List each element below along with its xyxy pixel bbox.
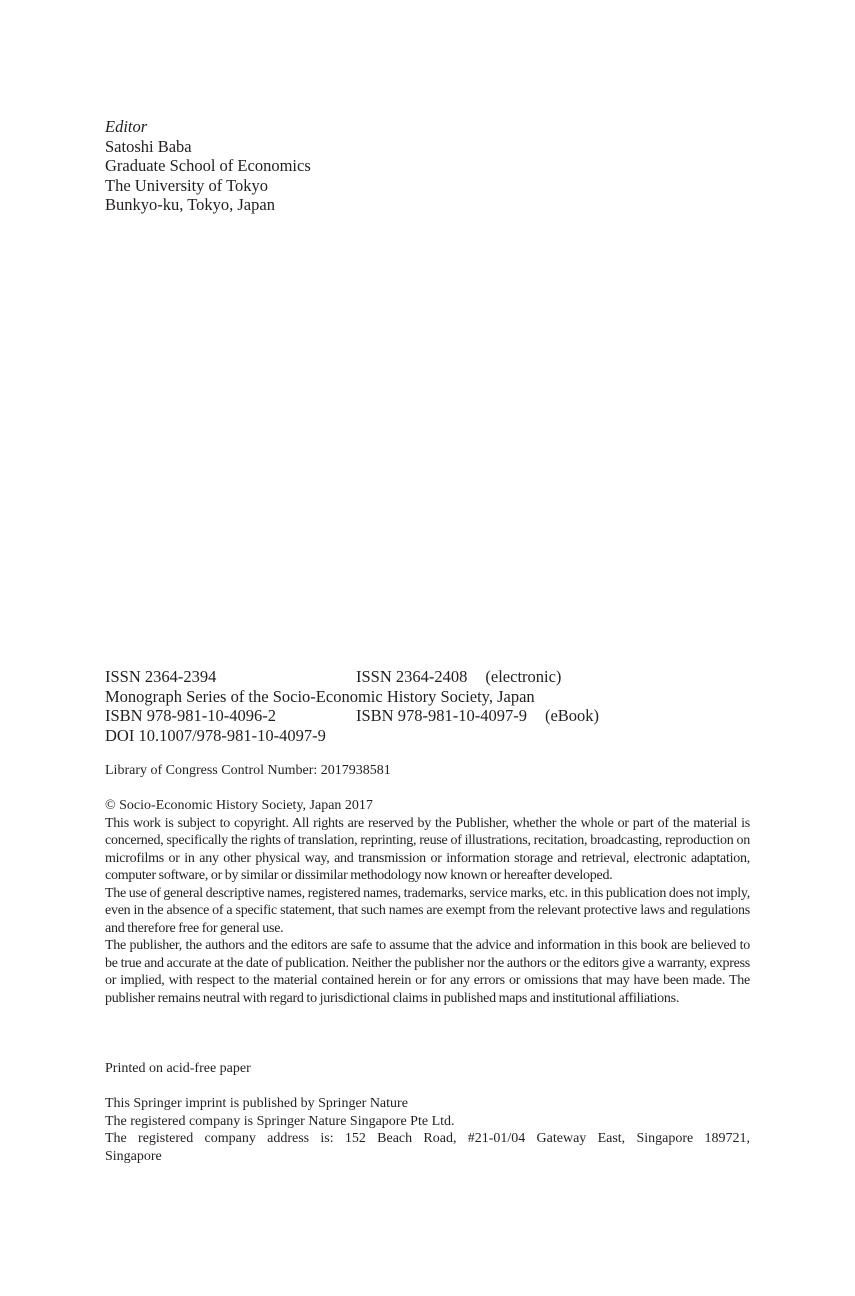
issn-electronic-note: (electronic) — [485, 667, 561, 686]
imprint-block: This Springer imprint is published by Sp… — [105, 1095, 750, 1165]
issn-electronic-group: ISSN 2364-2408(electronic) — [356, 667, 561, 687]
doi: DOI 10.1007/978-981-10-4097-9 — [105, 726, 535, 746]
series-title: Monograph Series of the Socio-Economic H… — [105, 687, 535, 707]
imprint-line: This Springer imprint is published by Sp… — [105, 1095, 750, 1113]
copyright-paragraph: The use of general descriptive names, re… — [105, 885, 750, 938]
editor-name: Satoshi Baba — [105, 137, 311, 157]
lccn: Library of Congress Control Number: 2017… — [105, 762, 391, 780]
issn-print: ISSN 2364-2394 — [105, 667, 216, 686]
issn-row: ISSN 2364-2394 ISSN 2364-2408(electronic… — [105, 667, 535, 687]
editor-label: Editor — [105, 117, 311, 137]
editor-affiliation-line: Bunkyo-ku, Tokyo, Japan — [105, 195, 311, 215]
copyright-notice: © Socio-Economic History Society, Japan … — [105, 797, 750, 815]
editor-block: Editor Satoshi Baba Graduate School of E… — [105, 117, 311, 215]
bibliographic-block: ISSN 2364-2394 ISSN 2364-2408(electronic… — [105, 667, 535, 745]
paper-note: Printed on acid-free paper — [105, 1060, 251, 1078]
imprint-address-country: Singapore — [105, 1148, 750, 1166]
isbn-ebook-note: (eBook) — [545, 706, 599, 725]
imprint-line: The registered company is Springer Natur… — [105, 1113, 750, 1131]
editor-affiliation-line: The University of Tokyo — [105, 176, 311, 196]
issn-electronic: ISSN 2364-2408 — [356, 667, 467, 686]
isbn-row: ISBN 978-981-10-4096-2 ISBN 978-981-10-4… — [105, 706, 535, 726]
isbn-print: ISBN 978-981-10-4096-2 — [105, 706, 276, 725]
isbn-ebook-group: ISBN 978-981-10-4097-9(eBook) — [356, 706, 599, 726]
imprint-address: The registered company address is: 152 B… — [105, 1130, 750, 1148]
isbn-ebook: ISBN 978-981-10-4097-9 — [356, 706, 527, 725]
copyright-block: © Socio-Economic History Society, Japan … — [105, 797, 750, 1007]
editor-affiliation-line: Graduate School of Economics — [105, 156, 311, 176]
copyright-paragraph: This work is subject to copyright. All r… — [105, 815, 750, 885]
copyright-paragraph: The publisher, the authors and the edito… — [105, 937, 750, 1007]
